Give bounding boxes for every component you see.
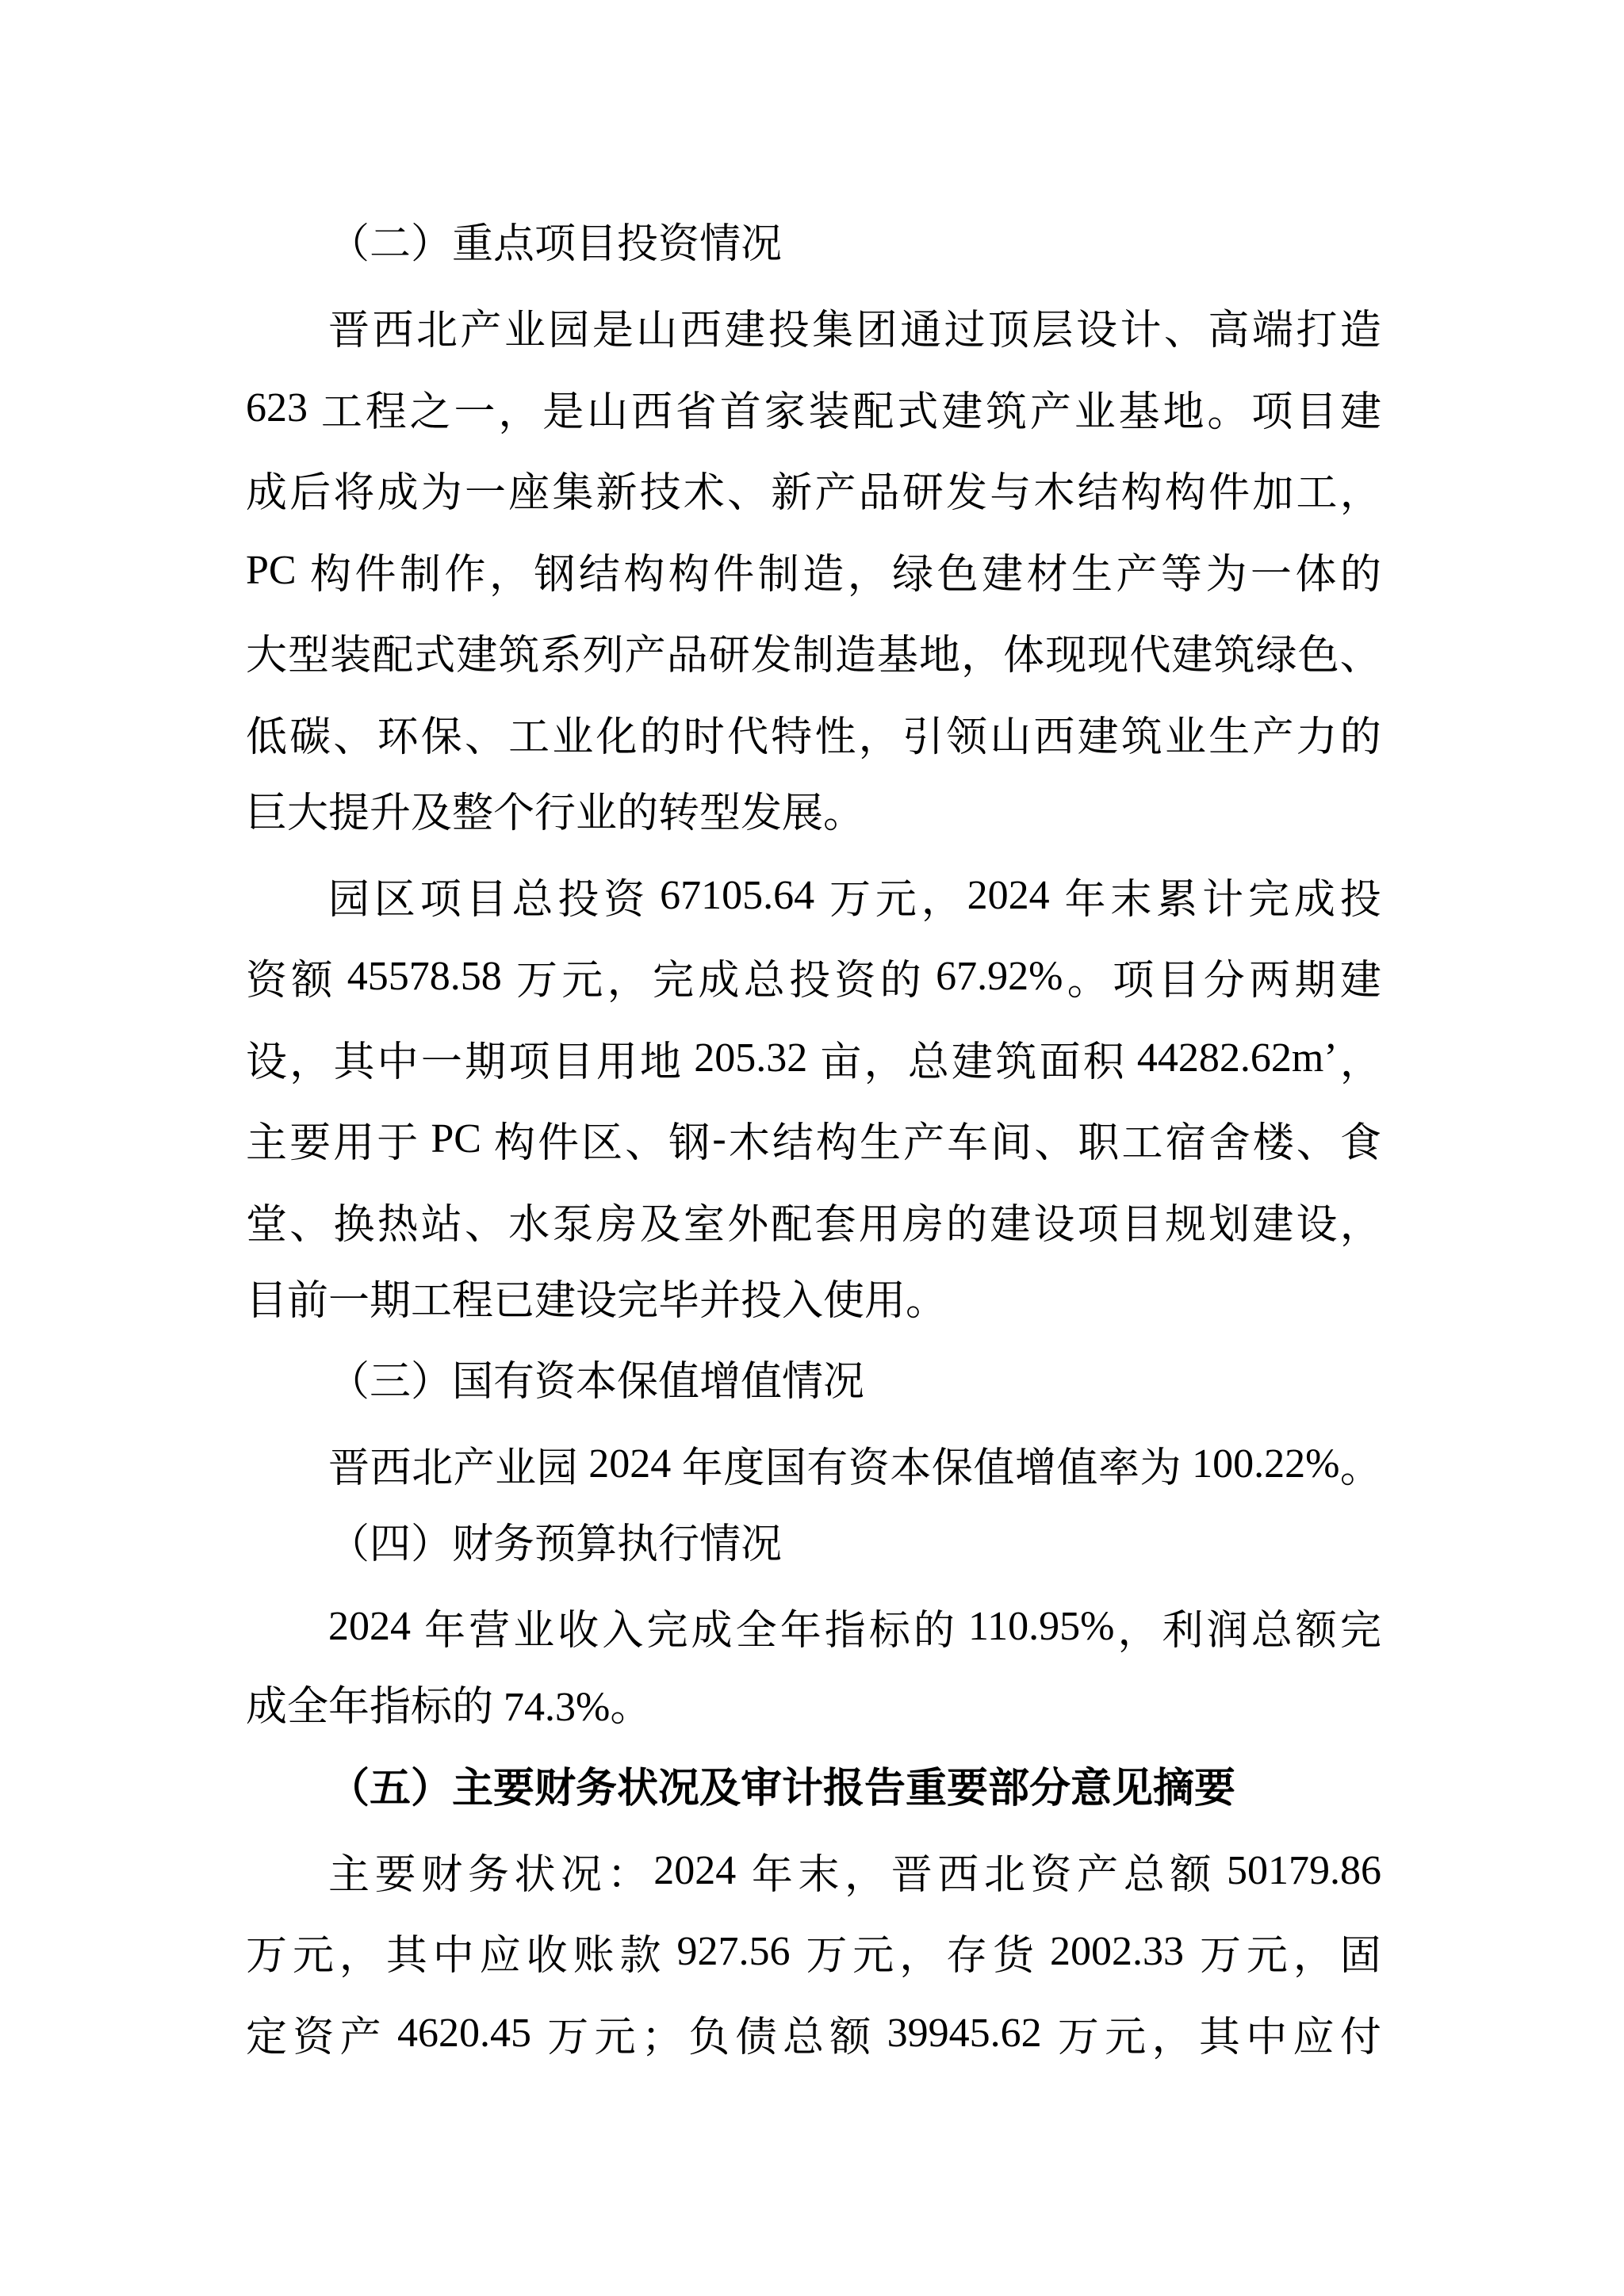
text-token: 楼 — [1253, 1109, 1294, 1169]
text-token: 收 — [557, 1597, 599, 1656]
text-token: 业 — [513, 1597, 554, 1656]
text-token: 一 — [1251, 541, 1292, 600]
text-token: 首 — [720, 378, 761, 438]
text-token: 完 — [1340, 1597, 1381, 1656]
text-token: 特 — [771, 703, 812, 763]
text-token: 工 — [1121, 1109, 1162, 1169]
text-token: 目 — [1121, 1191, 1162, 1250]
text-token: 205.32 — [684, 1035, 818, 1081]
text-token: ， — [339, 1922, 381, 1981]
text-token: 业 — [495, 1434, 536, 1494]
body-line: 大型装配式建筑系列产品研发制造基地，体现现代建筑绿色、 — [246, 611, 1381, 693]
text-token: 累 — [1156, 866, 1197, 925]
text-token: 其 — [386, 1922, 427, 1981]
text-token: 成 — [377, 459, 419, 519]
text-token: 建 — [952, 1028, 993, 1088]
text-token: 家 — [764, 378, 806, 438]
text-token: 打 — [1296, 297, 1337, 356]
text-token: 职 — [1078, 1109, 1119, 1169]
text-token: 、 — [1034, 1109, 1075, 1169]
text-token: 工 — [1297, 459, 1338, 519]
text-token: 筑 — [1121, 703, 1162, 763]
text-token: 资 — [603, 866, 645, 925]
text-token: ， — [607, 947, 649, 1006]
text-token: 钢 — [668, 1109, 710, 1169]
text-token: 房 — [596, 1191, 638, 1250]
text-token: 品 — [667, 622, 708, 681]
text-token: 顶 — [988, 297, 1029, 356]
text-token: 化 — [596, 703, 638, 763]
text-token: 、 — [1297, 1109, 1338, 1169]
text-token: 目 — [1158, 947, 1199, 1006]
text-token: 用 — [859, 1191, 900, 1250]
text-token: 构 — [1165, 459, 1206, 519]
text-token: 工 — [508, 703, 550, 763]
text-token: ， — [1340, 1191, 1381, 1250]
text-token: 堂 — [246, 1191, 287, 1250]
text-token: 国 — [765, 1434, 806, 1494]
text-token: 有 — [806, 1434, 848, 1494]
text-token: 项 — [1113, 947, 1154, 1006]
text-token: 西 — [937, 1841, 979, 1900]
text-token: 中 — [433, 1922, 474, 1981]
text-token: 值 — [1056, 1434, 1097, 1494]
text-token: 投 — [557, 866, 599, 925]
text-token: 应 — [1293, 2003, 1335, 2063]
text-token: 力 — [1297, 703, 1338, 763]
text-token: 生 — [1208, 703, 1250, 763]
text-token: 色 — [1298, 622, 1339, 681]
text-token: 项 — [1078, 1191, 1119, 1250]
text-token: 西 — [372, 297, 413, 356]
text-token: 车 — [947, 1109, 988, 1169]
text-token: 年 — [682, 1434, 723, 1494]
text-token: 体 — [1003, 622, 1044, 681]
section-heading-4: （四）财务预算执行情况 — [246, 1505, 1381, 1586]
body-line: 成全年指标的 74.3%。 — [246, 1667, 1381, 1749]
text-token: 入 — [602, 1597, 643, 1656]
text-token: 元 — [1247, 1922, 1288, 1981]
text-token: 主 — [246, 1109, 287, 1169]
text-token: 总 — [783, 2003, 824, 2063]
text-token: 高 — [1208, 297, 1249, 356]
body-line: 2024 年营业收入完成全年指标的 110.95%，利润总额完 — [246, 1586, 1381, 1668]
text-token: 、 — [465, 703, 506, 763]
text-token: 度 — [723, 1434, 764, 1494]
text-token: ： — [607, 1841, 649, 1900]
text-token: ， — [921, 866, 963, 925]
text-token: 2024 — [578, 1441, 681, 1487]
text-token: 件 — [1208, 459, 1250, 519]
text-token: 元 — [293, 1922, 334, 1981]
text-token: 的 — [880, 947, 921, 1006]
body-line: 堂、换热站、水泵房及室外配套用房的建设项目规划建设， — [246, 1180, 1381, 1261]
text-token: 型 — [288, 622, 329, 681]
text-token: ， — [899, 1922, 940, 1981]
text-token: 状 — [514, 1841, 555, 1900]
text-token: 用 — [333, 1109, 374, 1169]
text-token: 加 — [1252, 459, 1293, 519]
text-token: 北 — [984, 1841, 1025, 1900]
text-token: 623 — [246, 385, 318, 431]
text-token: 研 — [902, 459, 944, 519]
text-token: 44282.62m’ — [1127, 1035, 1338, 1081]
section-heading-5: （五）主要财务状况及审计报告重要部分意见摘要 — [246, 1749, 1381, 1831]
text-token: 元 — [1105, 2003, 1146, 2063]
text-token: 业 — [1074, 378, 1116, 438]
text-token: ， — [859, 703, 900, 763]
text-token: 于 — [377, 1109, 418, 1169]
text-token: 造 — [835, 622, 876, 681]
text-token: 规 — [1165, 1191, 1206, 1250]
text-token: 本 — [890, 1434, 931, 1494]
text-token: 债 — [736, 2003, 777, 2063]
text-token: 元 — [595, 2003, 636, 2063]
text-token: 其 — [333, 1028, 374, 1088]
text-token: 用 — [596, 1028, 638, 1088]
text-token: 产 — [1116, 541, 1158, 600]
text-token: 发 — [946, 459, 987, 519]
text-token: 材 — [1027, 541, 1068, 600]
text-token: 润 — [1207, 1597, 1248, 1656]
text-token: 总 — [512, 866, 553, 925]
text-token: 是 — [592, 297, 634, 356]
text-token: 站 — [421, 1191, 462, 1250]
text-token: 及 — [640, 1191, 681, 1250]
text-token: 927.56 — [666, 1928, 800, 1975]
text-token: 资 — [848, 1434, 890, 1494]
text-token: 中 — [377, 1028, 419, 1088]
section-heading-3: （三）国有资本保值增值情况 — [246, 1342, 1381, 1424]
text-token: 项 — [1251, 378, 1293, 438]
text-token: 指 — [825, 1597, 866, 1656]
body-line: 低碳、环保、工业化的时代特性，引领山西建筑业生产力的 — [246, 692, 1381, 774]
text-token: 过 — [944, 297, 986, 356]
text-token: 列 — [583, 622, 624, 681]
text-token: 其 — [1199, 2003, 1240, 2063]
text-token: 端 — [1252, 297, 1293, 356]
text-token: 万 — [246, 1922, 287, 1981]
text-token: ， — [1340, 459, 1381, 519]
text-token: ， — [864, 1028, 906, 1088]
text-token: 产 — [1252, 703, 1293, 763]
text-token: 成 — [698, 947, 739, 1006]
text-token: 100.22% — [1182, 1441, 1339, 1487]
text-token: 收 — [527, 1922, 568, 1981]
text-token: 应 — [480, 1922, 521, 1981]
text-token: 木 — [1033, 459, 1074, 519]
text-token: 建 — [724, 297, 765, 356]
text-token: 2024 — [328, 1603, 421, 1650]
text-token: 保 — [421, 703, 462, 763]
text-token: 、 — [727, 459, 768, 519]
text-token: 值 — [973, 1434, 1014, 1494]
text-token: 制 — [758, 541, 799, 600]
text-token: 代 — [1129, 622, 1170, 681]
text-token: 的 — [1340, 541, 1381, 600]
text-token: 时 — [684, 703, 725, 763]
text-token: 营 — [469, 1597, 510, 1656]
text-token: 研 — [709, 622, 750, 681]
text-token: 现 — [1087, 622, 1128, 681]
body-line: 主要用于 PC 构件区、钢-木结构生产车间、职工宿舍楼、食 — [246, 1099, 1381, 1181]
text-token: ， — [1117, 1597, 1159, 1656]
text-token: 成 — [246, 459, 287, 519]
text-token: 产 — [625, 622, 666, 681]
text-token: 将 — [333, 459, 374, 519]
text-token: 程 — [366, 378, 407, 438]
text-token: 建 — [456, 622, 497, 681]
text-token: 。 — [1067, 947, 1109, 1006]
text-token: 额 — [1296, 1597, 1337, 1656]
text-token: 现 — [1045, 622, 1086, 681]
text-token: 西 — [680, 297, 722, 356]
text-token: 年 — [752, 1841, 793, 1900]
text-token: 筑 — [1213, 622, 1254, 681]
text-token: 45578.58 — [337, 953, 512, 1000]
text-token: 业 — [1165, 703, 1206, 763]
document-page: （二）重点项目投资情况晋西北产业园是山西建投集团通过顶层设计、高端打造623 工… — [0, 0, 1624, 2296]
text-token: 67.92% — [925, 953, 1063, 1000]
text-token: 基 — [1119, 378, 1160, 438]
text-token: 引 — [902, 703, 944, 763]
body-line: 主要财务状况：2024 年末，晋西北资产总额 50179.86 — [246, 1830, 1381, 1911]
text-token: 万 — [806, 1922, 847, 1981]
text-token: 生 — [860, 1109, 901, 1169]
text-token: 万 — [547, 2003, 588, 2063]
body-line: 巨大提升及整个行业的转型发展。 — [246, 774, 1381, 855]
text-token: 目 — [553, 1028, 594, 1088]
text-token: 产 — [454, 1434, 495, 1494]
text-token: 一 — [454, 378, 495, 438]
text-token: 设 — [1076, 297, 1117, 356]
section-heading-2: （二）重点项目投资情况 — [246, 205, 1381, 286]
text-token: 房 — [902, 1191, 944, 1250]
text-token: 代 — [727, 703, 768, 763]
text-token: 食 — [1340, 1109, 1381, 1169]
text-token: 工 — [321, 378, 362, 438]
text-token: 基 — [877, 622, 918, 681]
text-token: 成 — [691, 1597, 733, 1656]
text-token: 的 — [946, 1191, 987, 1250]
text-token: 发 — [751, 622, 792, 681]
text-token: 是 — [542, 378, 584, 438]
text-token: 2024 — [967, 872, 1060, 919]
text-token: 货 — [993, 1922, 1034, 1981]
text-token: 设 — [1033, 1191, 1074, 1250]
text-token: 要 — [289, 1109, 331, 1169]
text-token: 集 — [552, 459, 593, 519]
text-token: 况 — [561, 1841, 602, 1900]
text-token: 计 — [1120, 297, 1161, 356]
text-token: 之 — [410, 378, 451, 438]
text-token: 要 — [375, 1841, 416, 1900]
text-token: 构 — [623, 541, 665, 600]
text-token: 设 — [1297, 1191, 1338, 1250]
body-line: 定资产 4620.45 万元；负债总额 39945.62 万元，其中应付 — [246, 1992, 1381, 2074]
text-token: 地 — [1162, 378, 1204, 438]
text-token: 新 — [771, 459, 812, 519]
text-token: 构 — [494, 1109, 535, 1169]
text-token: 元 — [875, 866, 917, 925]
text-token: ， — [845, 1841, 886, 1900]
text-token: 区 — [581, 1109, 622, 1169]
text-token: 期 — [465, 1028, 506, 1088]
text-token: 座 — [508, 459, 550, 519]
text-token: 产 — [814, 459, 856, 519]
text-token: 结 — [579, 541, 620, 600]
text-token: 主 — [328, 1841, 370, 1900]
text-token: 目 — [1296, 378, 1337, 438]
text-token: 元 — [852, 1922, 894, 1981]
text-token: 山 — [990, 703, 1031, 763]
text-token: 额 — [1170, 1841, 1211, 1900]
text-token: 件 — [713, 541, 754, 600]
text-token: ， — [1152, 2003, 1193, 2063]
text-token: 建 — [990, 1191, 1031, 1250]
text-token: 区 — [374, 866, 416, 925]
text-token: 色 — [937, 541, 979, 600]
text-token: 目 — [466, 866, 507, 925]
text-token: 北 — [416, 297, 458, 356]
text-token: 完 — [646, 1597, 688, 1656]
text-token: 制 — [793, 622, 834, 681]
text-token: ， — [289, 1028, 331, 1088]
text-token: 构 — [1121, 459, 1162, 519]
text-token: 大 — [246, 622, 287, 681]
text-token: 低 — [246, 703, 287, 763]
text-token: 款 — [620, 1922, 661, 1981]
text-token: 新 — [596, 459, 638, 519]
text-token: ， — [1293, 1922, 1335, 1981]
text-token: 晋 — [891, 1841, 933, 1900]
text-token: 元 — [561, 947, 603, 1006]
text-token: 总 — [1251, 1597, 1293, 1656]
text-token: - — [712, 1115, 726, 1162]
text-token: 术 — [684, 459, 725, 519]
text-token: 西 — [1033, 703, 1074, 763]
text-token: 建 — [1078, 703, 1119, 763]
text-token: 资 — [1031, 1841, 1072, 1900]
text-token: 建 — [1171, 622, 1212, 681]
text-token: 碳 — [289, 703, 331, 763]
text-token: 园 — [328, 866, 370, 925]
text-token: 4620.45 — [387, 2010, 542, 2057]
text-token: 标 — [869, 1597, 910, 1656]
text-token: 系 — [540, 622, 581, 681]
text-token: 期 — [1294, 947, 1335, 1006]
text-token: 、 — [625, 1109, 666, 1169]
text-token: 配 — [852, 378, 894, 438]
text-token: 万 — [1058, 2003, 1099, 2063]
text-token: 。 — [1340, 1434, 1381, 1494]
text-token: 分 — [1204, 947, 1245, 1006]
text-token: 北 — [412, 1434, 453, 1494]
body-line: 万元，其中应收账款 927.56 万元，存货 2002.33 万元，固 — [246, 1911, 1381, 1993]
text-token: 晋 — [328, 1434, 370, 1494]
text-token: 造 — [1340, 297, 1381, 356]
text-token: 面 — [1039, 1028, 1080, 1088]
body-line: 成后将成为一座集新技术、新产品研发与木结构构件加工， — [246, 449, 1381, 530]
text-token: 设 — [246, 1028, 287, 1088]
text-token: 件 — [355, 541, 396, 600]
text-token: 年 — [1064, 866, 1105, 925]
text-token: 后 — [289, 459, 331, 519]
text-token: 两 — [1249, 947, 1290, 1006]
text-token: 产 — [460, 297, 501, 356]
text-token: 园 — [537, 1434, 578, 1494]
text-token: 建 — [941, 378, 982, 438]
text-token: 一 — [465, 459, 506, 519]
body-line: 资额 45578.58 万元，完成总投资的 67.92%。项目分两期建 — [246, 936, 1381, 1018]
text-token: 技 — [640, 459, 681, 519]
text-token: 造 — [802, 541, 844, 600]
text-token: 、 — [1340, 622, 1381, 681]
text-token: 水 — [508, 1191, 550, 1250]
text-token: 的 — [640, 703, 681, 763]
text-token: 率 — [1098, 1434, 1139, 1494]
text-token: 项 — [420, 866, 462, 925]
text-token: 为 — [1140, 1434, 1182, 1494]
text-token: 年 — [780, 1597, 822, 1656]
text-token: 积 — [1083, 1028, 1124, 1088]
text-token: 总 — [744, 947, 785, 1006]
text-token: 生 — [1071, 541, 1113, 600]
text-token: 划 — [1208, 1191, 1250, 1250]
text-token: 制 — [400, 541, 441, 600]
text-token: ， — [848, 541, 889, 600]
body-line: PC 构件制作，钢结构构件制造，绿色建材生产等为一体的 — [246, 530, 1381, 611]
text-token: 等 — [1161, 541, 1202, 600]
text-token: 负 — [688, 2003, 730, 2063]
text-token: 通 — [900, 297, 941, 356]
text-token: 完 — [1248, 866, 1289, 925]
body-line: 设，其中一期项目用地 205.32 亩，总建筑面积 44282.62m’， — [246, 1017, 1381, 1099]
text-token: ， — [1340, 1028, 1381, 1088]
text-token: 宿 — [1166, 1109, 1207, 1169]
text-token: 完 — [653, 947, 694, 1006]
text-token: ， — [498, 378, 539, 438]
text-token: 环 — [377, 703, 419, 763]
text-token: 定 — [246, 2003, 287, 2063]
text-token: 钢 — [534, 541, 575, 600]
text-token: 地 — [640, 1028, 681, 1088]
text-token: 的 — [913, 1597, 955, 1656]
text-token: 为 — [1205, 541, 1247, 600]
document-body: （二）重点项目投资情况晋西北产业园是山西建投集团通过顶层设计、高端打造623 工… — [246, 205, 1381, 2074]
text-token: 万 — [516, 947, 557, 1006]
text-token: 、 — [465, 1191, 506, 1250]
text-token: 室 — [684, 1191, 725, 1250]
text-token: 地 — [919, 622, 960, 681]
text-token: 体 — [1295, 541, 1336, 600]
text-token: 团 — [856, 297, 898, 356]
text-token: 构 — [668, 541, 710, 600]
text-token: 业 — [552, 703, 593, 763]
text-token: 式 — [414, 622, 455, 681]
text-token: 67105.64 — [649, 872, 825, 919]
text-token: 筑 — [498, 622, 539, 681]
text-token: 务 — [468, 1841, 509, 1900]
text-token: 作 — [444, 541, 485, 600]
text-token: 套 — [814, 1191, 856, 1250]
body-line: 目前一期工程已建设完毕并投入使用。 — [246, 1261, 1381, 1343]
text-token: 投 — [768, 297, 810, 356]
text-token: 110.95% — [958, 1603, 1114, 1650]
text-token: 构 — [310, 541, 351, 600]
text-token: 万 — [1200, 1922, 1241, 1981]
text-token: 2024 — [653, 1847, 746, 1894]
